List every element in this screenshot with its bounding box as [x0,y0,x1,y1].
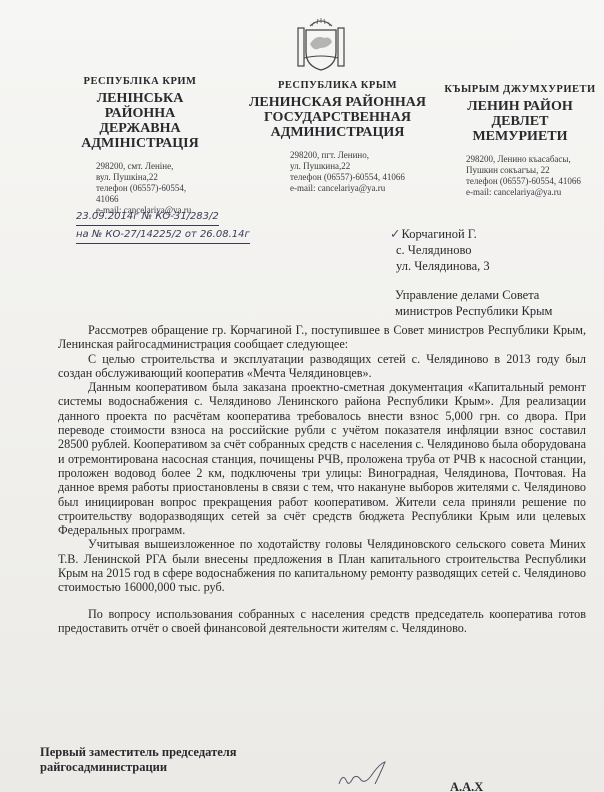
paragraph: Рассмотрев обращение гр. Корчагиной Г., … [58,323,586,352]
republic-name: РЕСПУБЛИКА КРЫМ [245,80,430,91]
phone-line: телефон (06557)-60554, 41066 [290,172,430,183]
address-line: 298200, Ленино къасабасы, [466,154,600,165]
letter-page: РЕСПУБЛІКА КРИМ ЛЕНІНСЬКА РАЙОННА ДЕРЖАВ… [0,0,604,792]
phone-line: телефон (06557)-60554, 41066 [466,176,600,187]
org-line: АДМИНИСТРАЦИЯ [245,125,430,140]
paragraph: По вопросу использования собранных с нас… [58,607,586,636]
org-line: ЛЕНИНСКАЯ РАЙОННАЯ [245,95,430,110]
letter-body: Рассмотрев обращение гр. Корчагиной Г., … [58,323,586,635]
paragraph: Данным кооперативом была заказана проект… [58,380,586,537]
phone-line: телефон (06557)-60554, 41066 [96,183,210,205]
office-line: Управление делами Совета [395,287,552,303]
check-mark-icon: ✓ [390,226,400,241]
title-line: райгосадминистрации [40,760,237,775]
recipient-village: с. Челядиново [390,242,490,258]
address-line: вул. Пушкіна,22 [96,172,210,183]
address-line: 298200, смт. Леніне, [96,161,210,172]
address-line: 298200, пгт. Ленино, [290,150,430,161]
org-line: ДЕРЖАВНА [70,121,210,136]
org-name: ЛЕНІНСЬКА РАЙОННА ДЕРЖАВНА АДМІНІСТРАЦІЯ [70,91,210,151]
org-line: ГОСУДАРСТВЕННАЯ [245,110,430,125]
header-ukrainian: РЕСПУБЛІКА КРИМ ЛЕНІНСЬКА РАЙОННА ДЕРЖАВ… [70,76,210,216]
paragraph: Учитывая вышеизложенное по ходотайству г… [58,537,586,594]
email-line: e-mail: cancelariya@ya.ru [290,183,430,194]
org-name: ЛЕНИНСКАЯ РАЙОННАЯ ГОСУДАРСТВЕННАЯ АДМИН… [245,95,430,140]
header-crimean-tatar: КЪЫРЫМ ДЖУМХУРИЕТИ ЛЕНИН РАЙОН ДЕВЛЕТ МЕ… [440,84,600,198]
title-line: Первый заместитель председателя [40,745,237,760]
recipient-name: Корчагиной Г. [401,227,476,241]
signatory-title: Первый заместитель председателя райгосад… [40,745,237,775]
address: 298200, пгт. Ленино, ул. Пушкина,22 теле… [245,150,430,194]
org-line: ЛЕНИН РАЙОН [440,99,600,114]
incoming-reference: на № КО-27/14225/2 от 26.08.14г [76,226,250,244]
address: 298200, Ленино къасабасы, Пушкин сокъагъ… [440,154,600,198]
outgoing-number: 23.09.2014г № КО-31/283/2 [76,208,219,226]
copy-recipient: Управление делами Совета министров Респу… [395,287,552,319]
recipient-street: ул. Челядинова, 3 [390,258,490,274]
email-line: e-mail: cancelariya@ya.ru [466,187,600,198]
coat-of-arms-icon [290,14,352,74]
org-line: ДЕВЛЕТ [440,114,600,129]
office-line: министров Республики Крым [395,303,552,319]
republic-name: КЪЫРЫМ ДЖУМХУРИЕТИ [440,84,600,95]
address-line: Пушкин сокъагъы, 22 [466,165,600,176]
recipient-block: ✓Корчагиной Г. с. Челядиново ул. Челядин… [390,226,490,274]
org-line: АДМІНІСТРАЦІЯ [70,136,210,151]
republic-name: РЕСПУБЛІКА КРИМ [70,76,210,87]
header-russian: РЕСПУБЛИКА КРЫМ ЛЕНИНСКАЯ РАЙОННАЯ ГОСУД… [245,80,430,194]
org-name: ЛЕНИН РАЙОН ДЕВЛЕТ МЕМУРИЕТИ [440,99,600,144]
signatory-initials: А.А.Х [450,780,483,792]
org-line: МЕМУРИЕТИ [440,129,600,144]
org-line: ЛЕНІНСЬКА РАЙОННА [70,91,210,121]
address-line: ул. Пушкина,22 [290,161,430,172]
handwritten-reference: 23.09.2014г № КО-31/283/2 на № КО-27/142… [76,208,250,244]
paragraph: С целью строительства и эксплуатации раз… [58,352,586,381]
handwritten-signature-icon [335,760,395,790]
